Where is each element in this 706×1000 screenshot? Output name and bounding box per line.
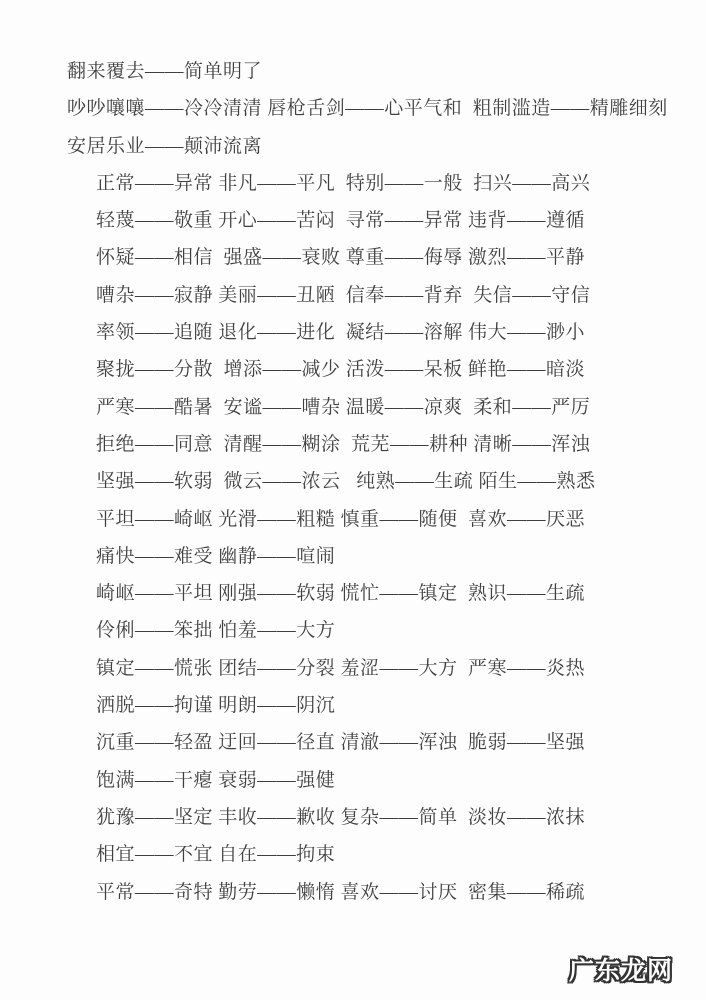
word-antonym-line: 严寒——酷暑 安谧——嘈杂 温暖——凉爽 柔和——严厉 <box>0 389 706 426</box>
word-antonym-line: 平常——奇特 勤劳——懒惰 喜欢——讨厌 密集——稀疏 <box>0 874 706 911</box>
word-antonym-line: 镇定——慌张 团结——分裂 羞涩——大方 严寒——炎热 <box>0 650 706 687</box>
word-antonyms-section: 正常——异常 非凡——平凡 特别——一般 扫兴——高兴 轻蔑——敬重 开心——苦… <box>0 165 706 911</box>
word-antonym-line: 平坦——崎岖 光滑——粗糙 慎重——随便 喜欢——厌恶 <box>0 501 706 538</box>
word-antonym-line: 嘈杂——寂静 美丽——丑陋 信奉——背弃 失信——守信 <box>0 277 706 314</box>
idiom-antonym-line: 吵吵嚷嚷——冷冷清清 唇枪舌剑——心平气和 粗制滥造——精雕细刻 <box>0 90 706 127</box>
word-antonym-line: 轻蔑——敬重 开心——苦闷 寻常——异常 违背——遵循 <box>0 202 706 239</box>
word-antonym-line: 相宜——不宜 自在——拘束 <box>0 836 706 873</box>
word-antonym-line: 伶俐——笨拙 怕羞——大方 <box>0 612 706 649</box>
scanned-document-page: 翻来覆去——简单明了 吵吵嚷嚷——冷冷清清 唇枪舌剑——心平气和 粗制滥造——精… <box>0 0 706 1000</box>
word-antonym-line: 痛快——难受 幽静——喧闹 <box>0 538 706 575</box>
site-watermark: 广东龙网 <box>569 951 673 987</box>
word-antonym-line: 聚拢——分散 增添——减少 活泼——呆板 鲜艳——暗淡 <box>0 351 706 388</box>
word-antonym-line: 沉重——轻盈 迂回——径直 清澈——浑浊 脆弱——坚强 <box>0 724 706 761</box>
idiom-antonyms-section: 翻来覆去——简单明了 吵吵嚷嚷——冷冷清清 唇枪舌剑——心平气和 粗制滥造——精… <box>0 53 706 165</box>
document-content: 翻来覆去——简单明了 吵吵嚷嚷——冷冷清清 唇枪舌剑——心平气和 粗制滥造——精… <box>0 0 706 911</box>
word-antonym-line: 怀疑——相信 强盛——衰败 尊重——侮辱 激烈——平静 <box>0 239 706 276</box>
idiom-antonym-line: 安居乐业——颠沛流离 <box>0 128 706 165</box>
word-antonym-line: 率领——追随 退化——进化 凝结——溶解 伟大——渺小 <box>0 314 706 351</box>
word-antonym-line: 洒脱——拘谨 明朗——阴沉 <box>0 687 706 724</box>
word-antonym-line: 犹豫——坚定 丰收——歉收 复杂——简单 淡妆——浓抹 <box>0 799 706 836</box>
word-antonym-line: 坚强——软弱 微云——浓云 纯熟——生疏 陌生——熟悉 <box>0 463 706 500</box>
idiom-antonym-line: 翻来覆去——简单明了 <box>0 53 706 90</box>
word-antonym-line: 正常——异常 非凡——平凡 特别——一般 扫兴——高兴 <box>0 165 706 202</box>
word-antonym-line: 拒绝——同意 清醒——糊涂 荒芜——耕种 清晰——浑浊 <box>0 426 706 463</box>
word-antonym-line: 崎岖——平坦 刚强——软弱 慌忙——镇定 熟识——生疏 <box>0 575 706 612</box>
word-antonym-line: 饱满——干瘪 衰弱——强健 <box>0 762 706 799</box>
